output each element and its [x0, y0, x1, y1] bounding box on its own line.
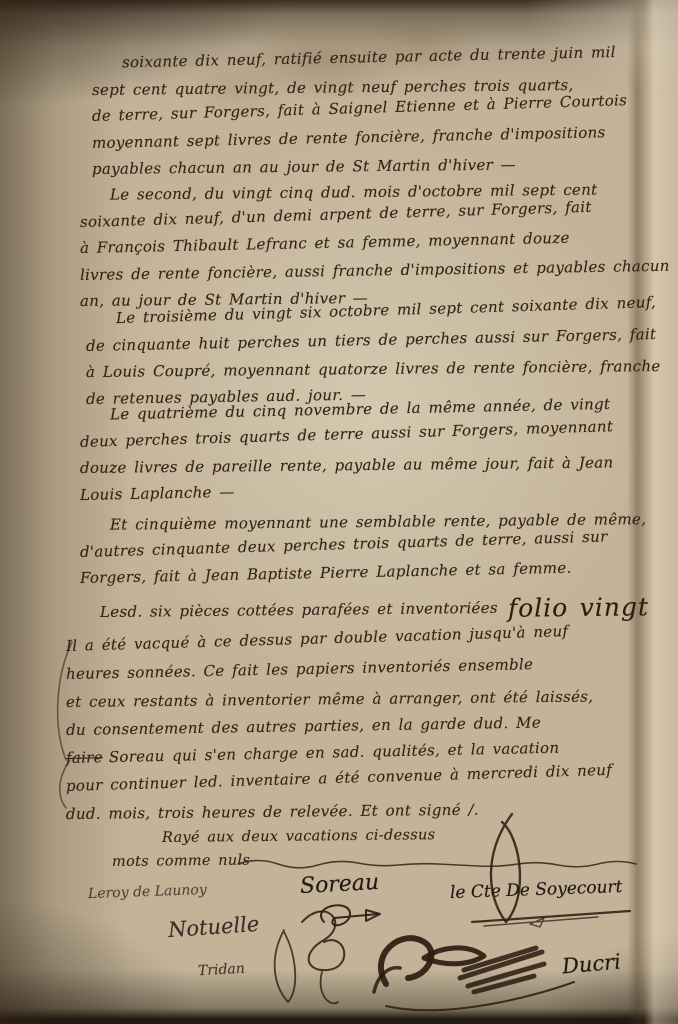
signature-tridan: Tridan	[198, 961, 246, 979]
pieces-text: Lesd. six pièces cottées parafées et inv…	[100, 599, 498, 621]
closing-note-2: mots comme nuls	[112, 854, 250, 870]
paragraph-7: Il a été vacqué à ce dessus par double v…	[66, 632, 612, 828]
paragraph-4: Le quatrième du cinq novembre de la même…	[80, 402, 614, 508]
closing-note: Rayé aux deux vacations ci-dessus	[162, 830, 435, 846]
manuscript-page: soixante dix neuf, ratifié ensuite par a…	[0, 0, 678, 1024]
tall-loop-paraph	[478, 812, 538, 927]
closing-line: Rayé aux deux vacations ci-dessus	[162, 827, 435, 846]
signature-notuelle: Notuelle	[167, 912, 260, 942]
wavy-flourish	[238, 852, 638, 874]
tridan-paraph	[268, 928, 298, 1008]
paragraph-1: soixante dix neuf, ratifié ensuite par a…	[92, 50, 627, 183]
notuelle-paraph	[288, 898, 358, 1008]
grand-monogram-flourish	[368, 922, 578, 1022]
closing-line: mots comme nuls	[112, 853, 250, 870]
signature-soreau: Soreau	[299, 870, 379, 899]
paragraph-5: Et cinquième moyennant une semblable ren…	[80, 512, 646, 592]
margin-swash	[52, 640, 76, 810]
signature-launoy: Leroy de Launoy	[88, 882, 207, 902]
manuscript-line: soixante dix neuf, ratifié ensuite par a…	[92, 39, 628, 77]
